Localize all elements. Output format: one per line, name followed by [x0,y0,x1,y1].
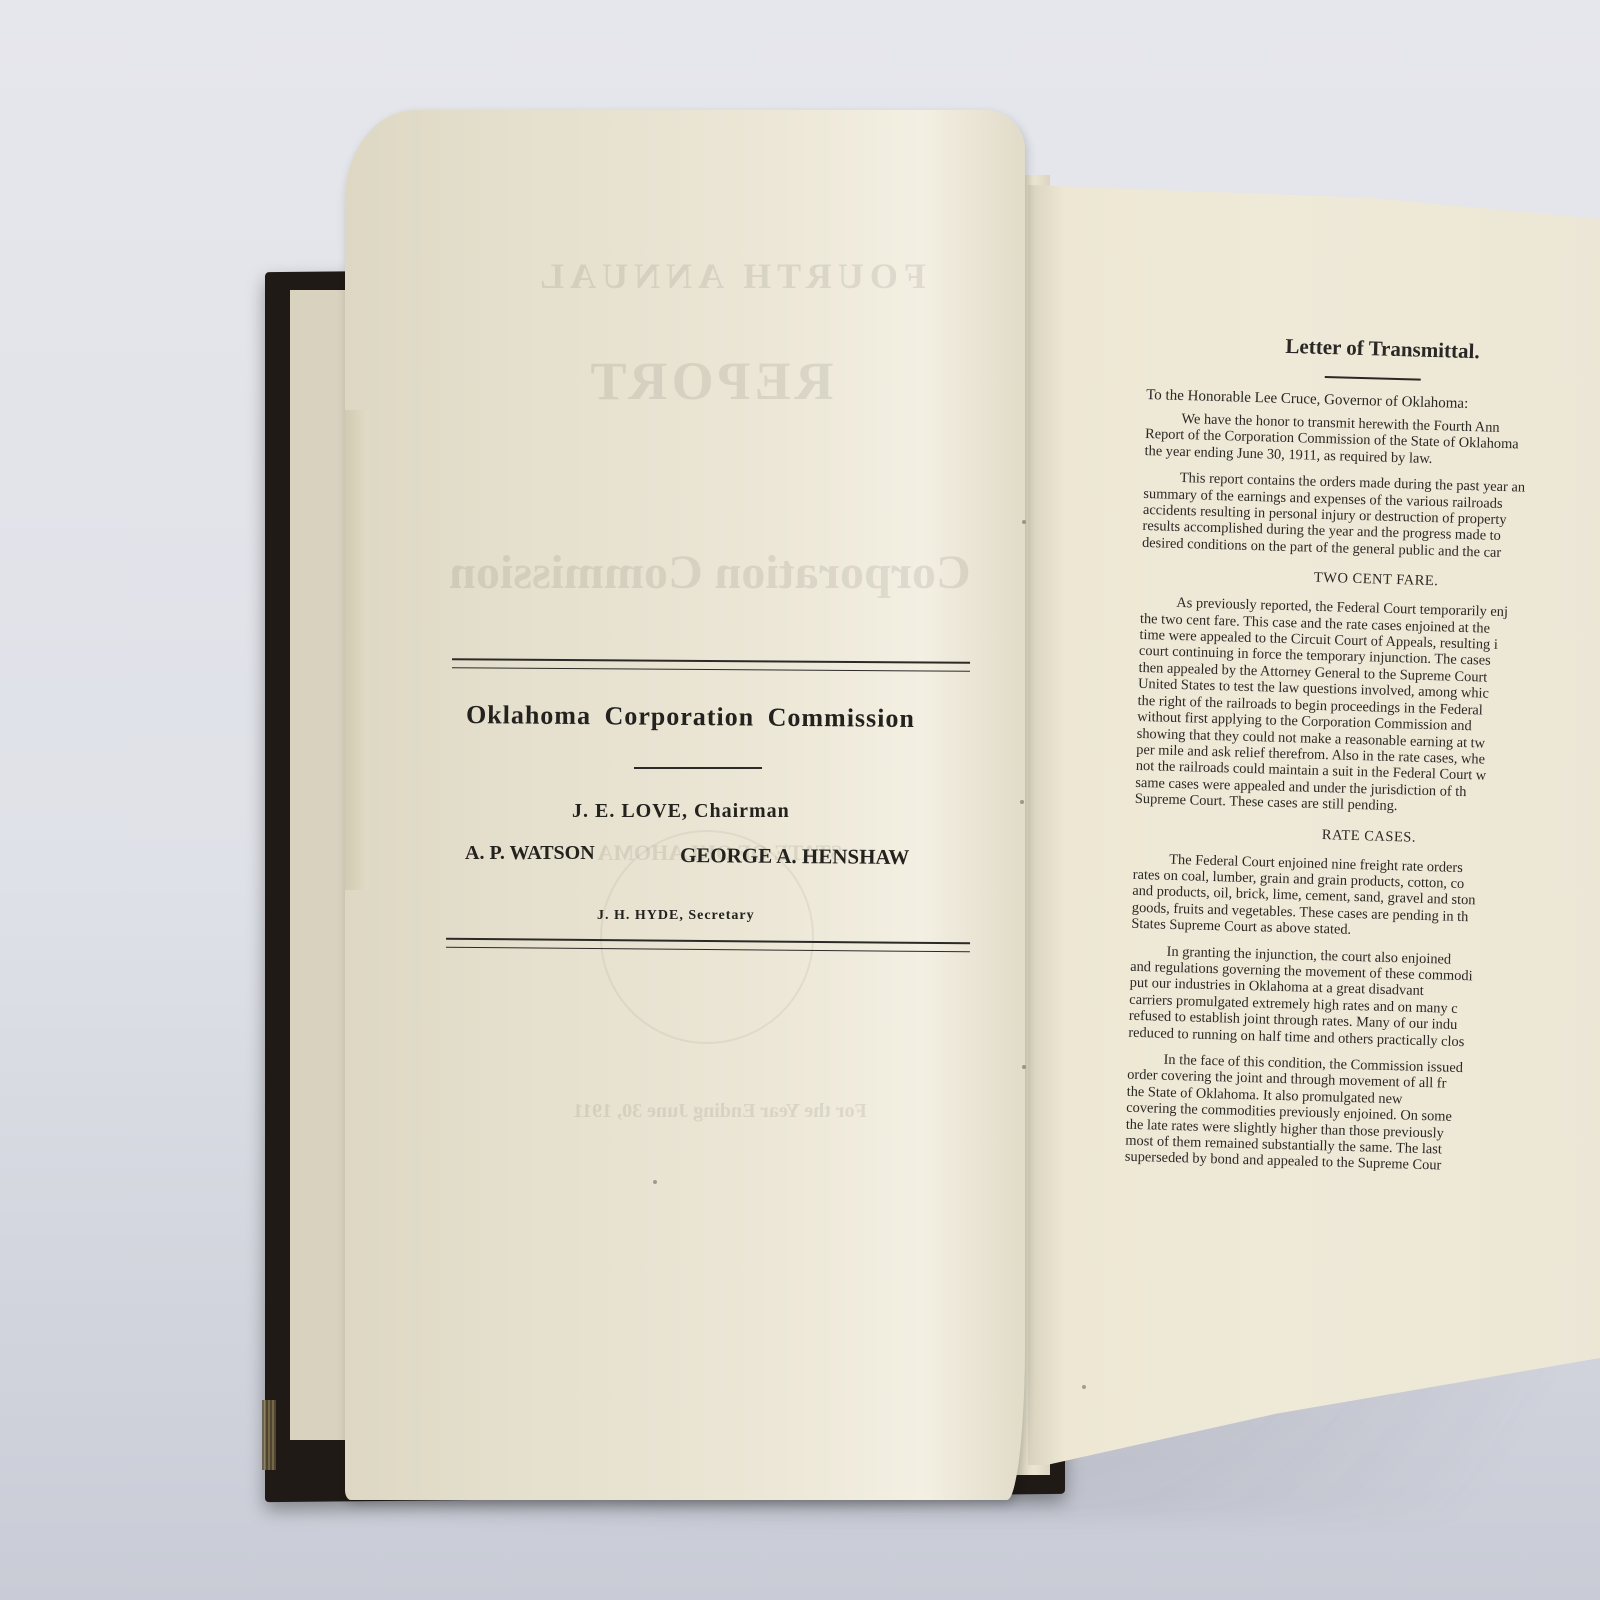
letter-of-transmittal: Letter of Transmittal. To the Honorable … [1124,330,1600,1190]
commissioner-name: A. P. WATSON [465,842,595,865]
secretary-name: J. H. HYDE, Secretary [597,908,755,924]
bleed-through-line: REPORT [560,350,860,412]
paragraph: As previously reported, the Federal Cour… [1135,594,1600,820]
bleed-through-line: Corporation Commission [440,545,980,600]
paper-speck [1020,800,1024,804]
paragraph: The Federal Court enjoined nine freight … [1131,850,1593,945]
short-rule [634,767,762,769]
frayed-spine-threads [262,1400,276,1470]
paragraph: In the face of this condition, the Commi… [1125,1051,1588,1179]
title-rule [1325,376,1421,381]
bleed-through-line: For the Year Ending June 30, 1911 [500,1100,940,1123]
paragraph: We have the honor to transmit herewith t… [1144,410,1600,472]
paper-speck [1022,1065,1026,1069]
section-heading: TWO CENT FARE. [1141,565,1600,595]
paper-speck [653,1180,657,1184]
paper-speck [1082,1385,1086,1389]
paper-speck [1022,520,1026,524]
paragraph: In granting the injunction, the court al… [1128,942,1591,1053]
section-heading: RATE CASES. [1134,821,1600,851]
bleed-through-line: FOURTH ANNUAL [520,255,940,297]
chairman-name: J. E. LOVE, Chairman [572,800,790,823]
commissioner-name: GEORGE A. HENSHAW [680,843,910,870]
organization-name: Oklahoma Corporation Commission [466,700,915,734]
paragraph: This report contains the orders made dur… [1142,469,1600,564]
